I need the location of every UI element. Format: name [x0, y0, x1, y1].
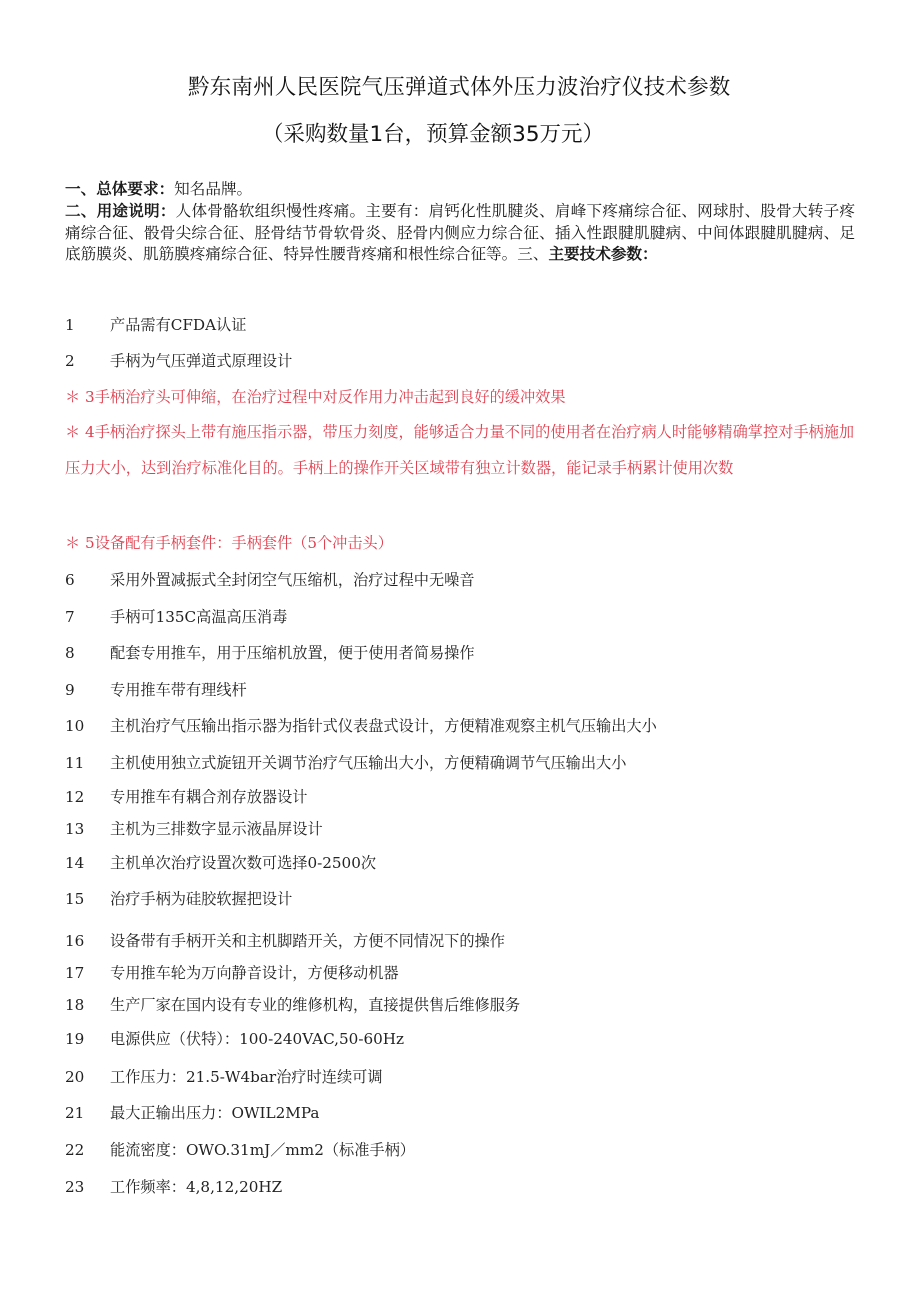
spec-item-7: 7手柄可135C高温高压消毒	[65, 606, 865, 627]
item-text: 手柄治疗头可伸缩，在治疗过程中对反作用力冲击起到良好的缓冲效果	[95, 388, 566, 406]
item-number: 23	[65, 1178, 110, 1196]
item-text: 治疗手柄为硅胶软握把设计	[110, 890, 292, 908]
item-number: 13	[65, 820, 110, 838]
document-title: 黔东南州人民医院气压弹道式体外压力波治疗仪技术参数	[188, 70, 731, 101]
item-number: 21	[65, 1104, 110, 1122]
item-number: ＊ 5	[65, 534, 95, 552]
item-number: 2	[65, 352, 110, 370]
item-number: 15	[65, 890, 110, 908]
spec-item-13: 13主机为三排数字显示液晶屏设计	[65, 818, 865, 839]
item-text: 专用推车轮为万向静音设计，方便移动机器	[110, 964, 399, 982]
spec-item-5-required: ＊ 5设备配有手柄套件：手柄套件（5个冲击头）	[65, 532, 865, 553]
item-number: 16	[65, 932, 110, 950]
item-text: 主机为三排数字显示液晶屏设计	[110, 820, 323, 838]
section-text: 知名品牌。	[174, 180, 252, 198]
spec-item-3-required: ＊ 3手柄治疗头可伸缩，在治疗过程中对反作用力冲击起到良好的缓冲效果	[65, 386, 865, 407]
item-number: 22	[65, 1141, 110, 1159]
spec-item-15: 15治疗手柄为硅胶软握把设计	[65, 888, 865, 909]
section-general-requirements: 一、总体要求：知名品牌。	[65, 179, 855, 201]
item-text: 工作压力：21.5-W4bar治疗时连续可调	[110, 1068, 383, 1086]
spec-item-6: 6采用外置减振式全封闭空气压缩机，治疗过程中无噪音	[65, 569, 865, 590]
item-number: 12	[65, 788, 110, 806]
item-text: 生产厂家在国内设有专业的维修机构，直接提供售后维修服务	[110, 996, 520, 1014]
section-label-technical: 主要技术参数：	[548, 245, 657, 263]
item-number: 11	[65, 754, 110, 772]
section-tail: 三、	[517, 245, 548, 263]
item-text: 产品需有CFDA认证	[110, 316, 246, 334]
item-number: 14	[65, 854, 110, 872]
item-text: 采用外置减振式全封闭空气压缩机，治疗过程中无噪音	[110, 571, 475, 589]
item-number: 17	[65, 964, 110, 982]
item-text: 手柄为气压弹道式原理设计	[110, 352, 292, 370]
spec-item-17: 17专用推车轮为万向静音设计，方便移动机器	[65, 962, 865, 983]
section-label: 二、用途说明：	[65, 202, 176, 220]
section-usage-description: 二、用途说明：人体骨骼软组织慢性疼痛。主要有：肩钙化性肌腱炎、肩峰下疼痛综合征、…	[65, 201, 855, 266]
item-number: 20	[65, 1068, 110, 1086]
spec-item-14: 14主机单次治疗设置次数可选择0-2500次	[65, 852, 865, 873]
item-number: 9	[65, 681, 110, 699]
spec-item-19: 19电源供应（伏特）：100-240VAC,50-60Hz	[65, 1028, 865, 1049]
item-number: 19	[65, 1030, 110, 1048]
item-text: 手柄可135C高温高压消毒	[110, 608, 287, 626]
item-text: 专用推车有耦合剂存放器设计	[110, 788, 307, 806]
section-label: 一、总体要求：	[65, 180, 174, 198]
item-number: ＊ 4	[65, 423, 95, 441]
spec-item-20: 20工作压力：21.5-W4bar治疗时连续可调	[65, 1066, 865, 1087]
item-number: 1	[65, 316, 110, 334]
item-text: 工作频率：4,8,12,20HZ	[110, 1178, 282, 1196]
item-text: 最大正输出压力：OWIL2MPa	[110, 1104, 319, 1122]
item-text: 能流密度：OWO.31mJ／mm2（标准手柄）	[110, 1141, 415, 1159]
spec-item-23: 23工作频率：4,8,12,20HZ	[65, 1176, 865, 1197]
item-number: 8	[65, 644, 110, 662]
item-text: 手柄治疗探头上带有施压指示器，带压力刻度，能够适合力量不同的使用者在治疗病人时能…	[65, 423, 854, 477]
item-text: 设备带有手柄开关和主机脚踏开关，方便不同情况下的操作	[110, 932, 505, 950]
item-text: 电源供应（伏特）：100-240VAC,50-60Hz	[110, 1030, 404, 1048]
spec-item-21: 21最大正输出压力：OWIL2MPa	[65, 1102, 865, 1123]
document-subtitle: （采购数量1台，预算金额35万元）	[262, 117, 604, 148]
item-number: 10	[65, 717, 110, 735]
spec-item-9: 9专用推车带有理线杆	[65, 679, 865, 700]
item-number: 18	[65, 996, 110, 1014]
item-text: 主机治疗气压输出指示器为指针式仪表盘式设计，方便精准观察主机气压输出大小	[110, 717, 657, 735]
spec-item-11: 11主机使用独立式旋钮开关调节治疗气压输出大小，方便精确调节气压输出大小	[65, 752, 865, 773]
spec-item-8: 8配套专用推车，用于压缩机放置，便于使用者简易操作	[65, 642, 865, 663]
spec-item-1: 1产品需有CFDA认证	[65, 314, 865, 335]
spec-item-2: 2手柄为气压弹道式原理设计	[65, 350, 865, 371]
spec-item-4-required: ＊ 4手柄治疗探头上带有施压指示器，带压力刻度，能够适合力量不同的使用者在治疗病…	[65, 414, 855, 486]
spec-item-12: 12专用推车有耦合剂存放器设计	[65, 786, 865, 807]
item-text: 配套专用推车，用于压缩机放置，便于使用者简易操作	[110, 644, 475, 662]
spec-item-16: 16设备带有手柄开关和主机脚踏开关，方便不同情况下的操作	[65, 930, 865, 951]
section-text: 人体骨骼软组织慢性疼痛。主要有：肩钙化性肌腱炎、肩峰下疼痛综合征、网球肘、股骨大…	[65, 202, 855, 263]
item-text: 主机使用独立式旋钮开关调节治疗气压输出大小，方便精确调节气压输出大小	[110, 754, 626, 772]
spec-item-18: 18生产厂家在国内设有专业的维修机构，直接提供售后维修服务	[65, 994, 865, 1015]
item-number: 7	[65, 608, 110, 626]
item-number: 6	[65, 571, 110, 589]
item-number: ＊ 3	[65, 388, 95, 406]
item-text: 主机单次治疗设置次数可选择0-2500次	[110, 854, 376, 872]
spec-item-22: 22能流密度：OWO.31mJ／mm2（标准手柄）	[65, 1139, 865, 1160]
item-text: 专用推车带有理线杆	[110, 681, 247, 699]
spec-item-10: 10主机治疗气压输出指示器为指针式仪表盘式设计，方便精准观察主机气压输出大小	[65, 715, 865, 736]
item-text: 设备配有手柄套件：手柄套件（5个冲击头）	[95, 534, 393, 552]
